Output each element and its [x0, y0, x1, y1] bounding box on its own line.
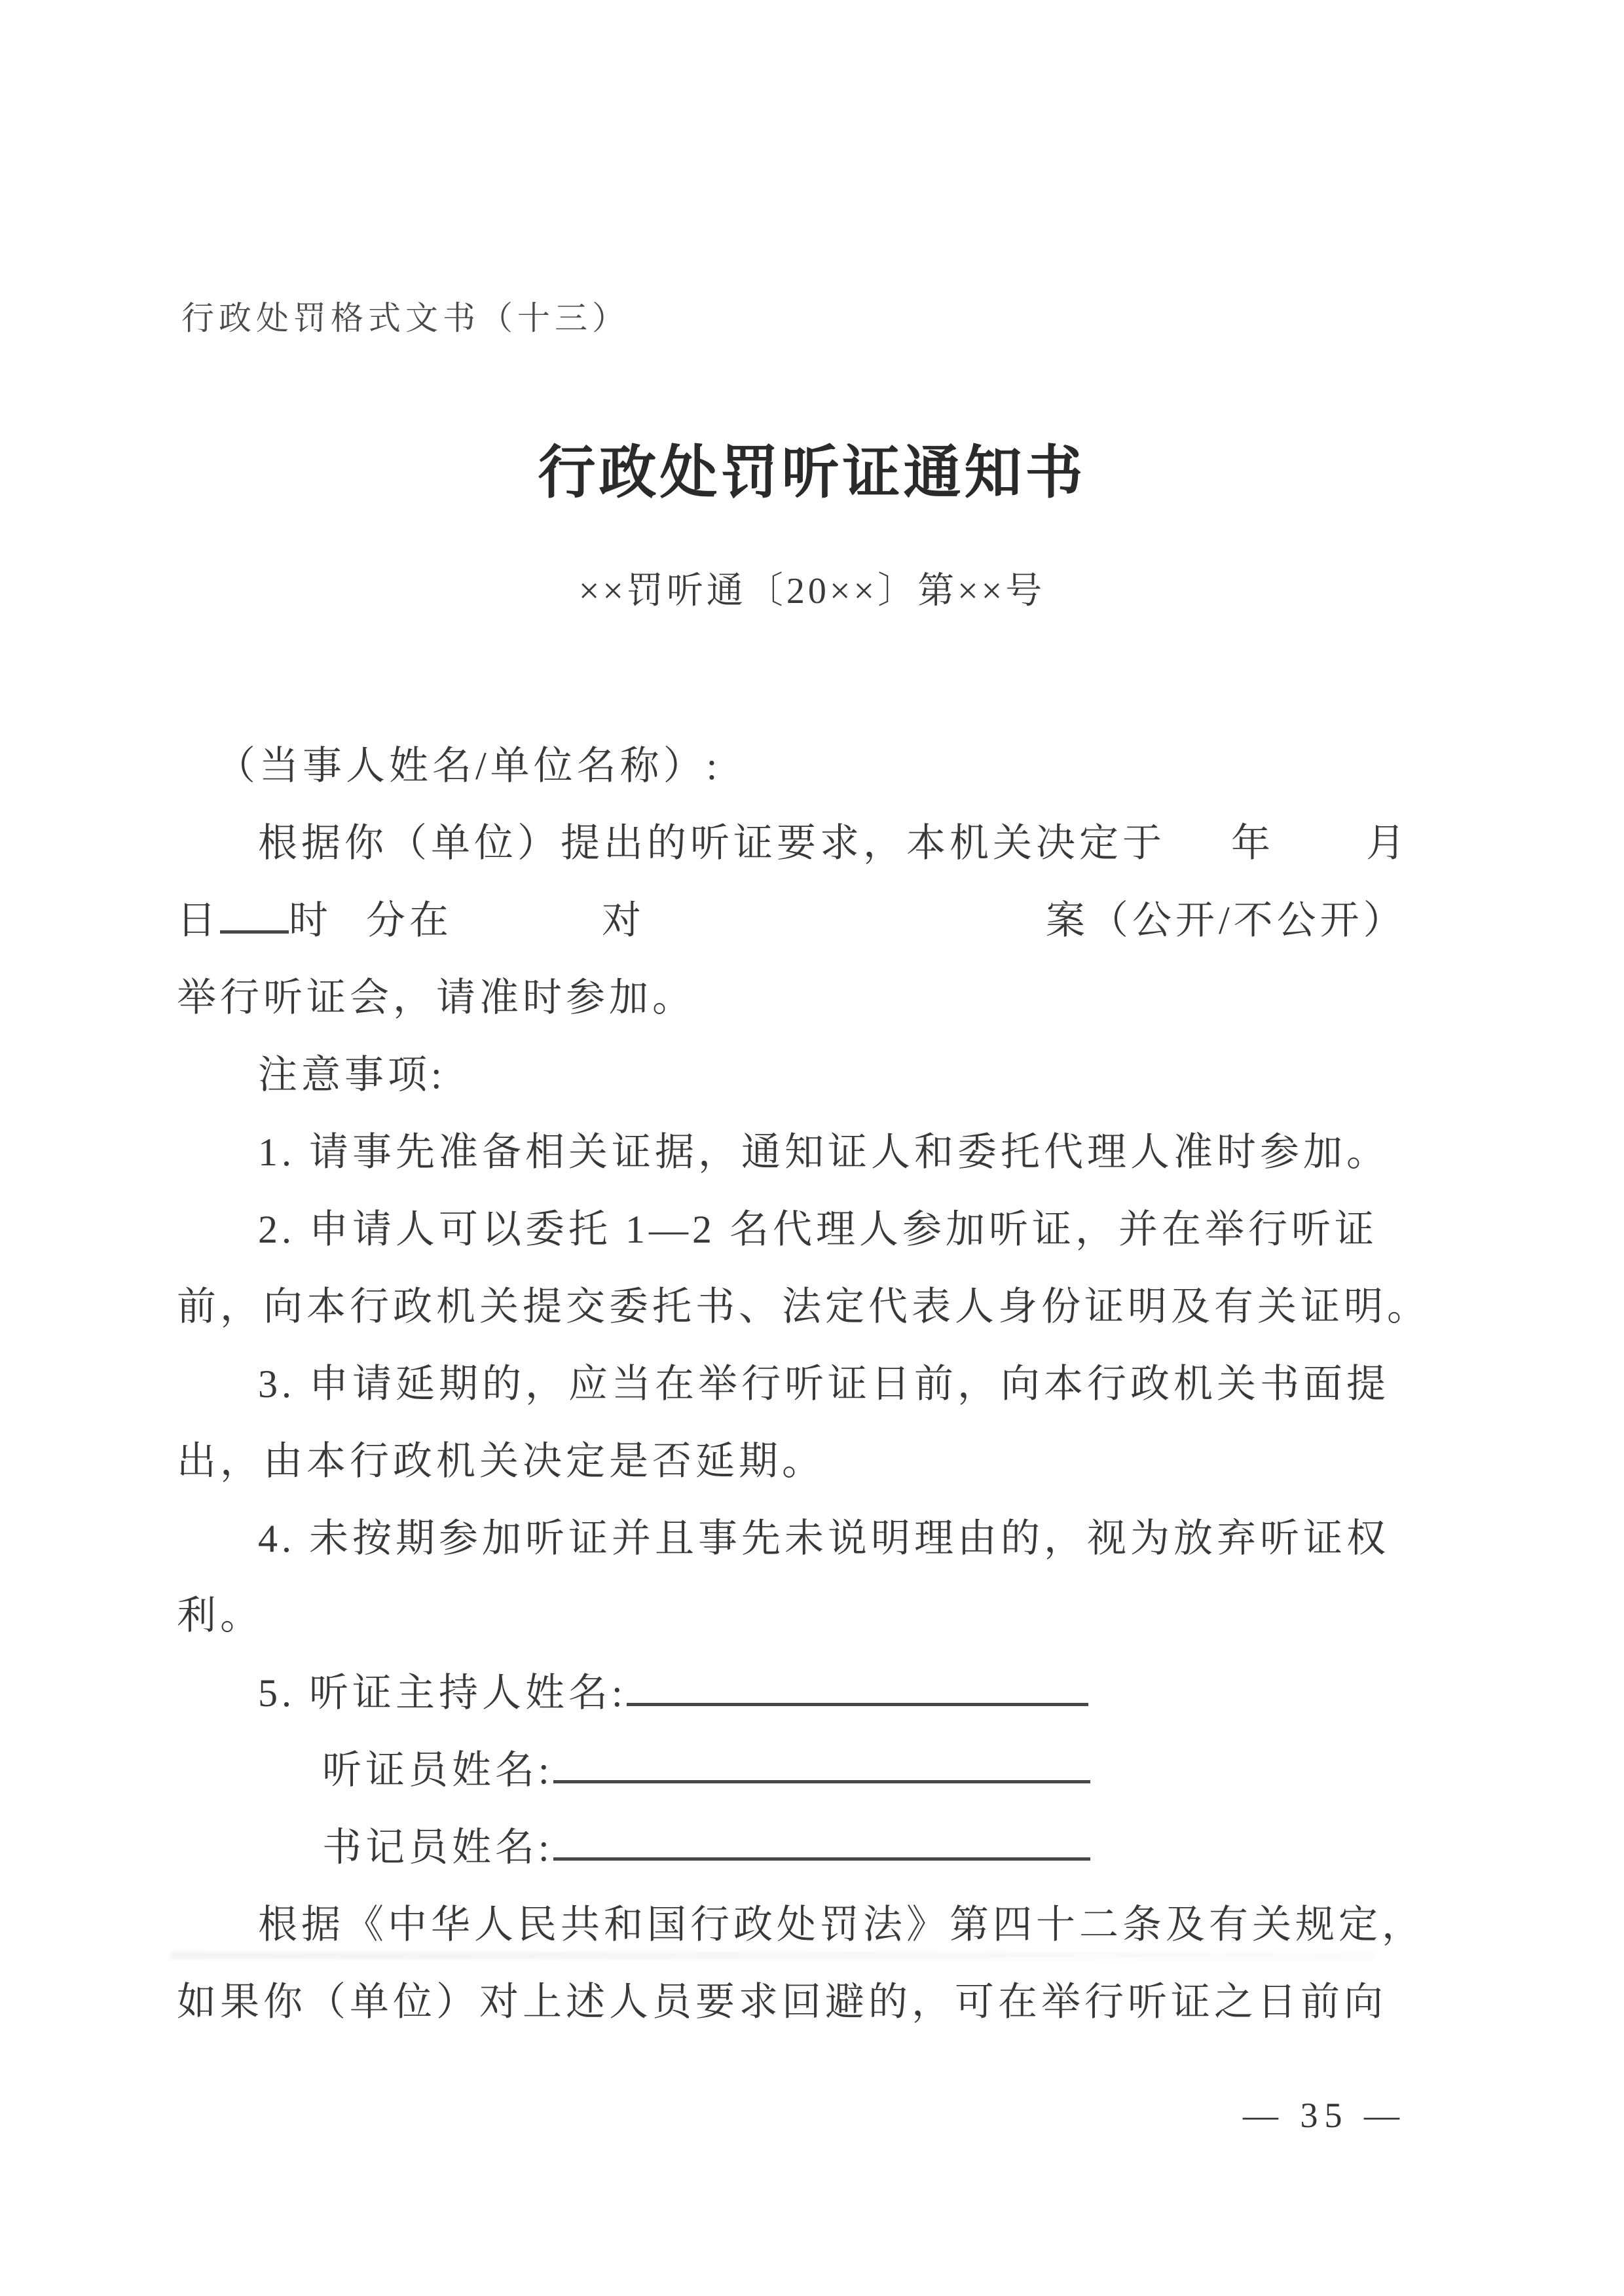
case-publicity-label: 案（公开/不公开） — [1046, 899, 1407, 942]
recusal-line-2: 如果你（单位）对上述人员要求回避的，可在举行听证之日前向 — [177, 1980, 1460, 2025]
note-3-text-2: 出，由本行政机关决定是否延期。 — [177, 1440, 825, 1483]
hour-label: 时 — [289, 899, 332, 942]
presider-name-blank-underline — [627, 1694, 1088, 1706]
note-4-text-1: 4. 未按期参加听证并且事先未说明理由的，视为放弃听证权 — [258, 1517, 1390, 1560]
datetime-place-line: 日时分在对案（公开/不公开） — [177, 898, 1460, 943]
clerk-blank-underline — [553, 1848, 1090, 1861]
document-number: ××罚听通〔20××〕第××号 — [0, 562, 1624, 614]
hearing-officer-blank-underline — [553, 1771, 1090, 1783]
hearing-decision-text: 根据你（单位）提出的听证要求，本机关决定于 — [258, 822, 1166, 865]
clerk-name-label: 书记员姓名: — [322, 1826, 553, 1869]
attend-line: 举行听证会，请准时参加。 — [177, 975, 1460, 1021]
addressee-label: （当事人姓名/单位名称）: — [216, 744, 721, 788]
attend-text: 举行听证会，请准时参加。 — [177, 976, 695, 1019]
note-item-3-line-1: 3. 申请延期的，应当在举行听证日前，向本行政机关书面提 — [177, 1362, 1460, 1407]
note-item-4-line-2: 利。 — [177, 1594, 1460, 1639]
month-label: 月 — [1366, 822, 1409, 865]
year-label: 年 — [1231, 822, 1274, 865]
addressee-line: （当事人姓名/单位名称）: — [177, 744, 1460, 789]
scan-artifact — [170, 1952, 1375, 1959]
note-item-2-line-1: 2. 申请人可以委托 1—2 名代理人参加听证，并在举行听证 — [177, 1207, 1460, 1252]
page-number: — 35 — — [1243, 2095, 1406, 2136]
recusal-text-2: 如果你（单位）对上述人员要求回避的，可在举行听证之日前向 — [177, 1980, 1387, 2024]
document-page: 行政处罚格式文书（十三） 行政处罚听证通知书 ××罚听通〔20××〕第××号 （… — [0, 0, 1624, 2296]
notes-heading: 注意事项: — [177, 1053, 1460, 1098]
note-item-5-presider-line: 5. 听证主持人姓名: — [177, 1671, 1460, 1716]
hearing-officer-line: 听证员姓名: — [177, 1748, 1460, 1793]
note-2-text-2: 前，向本行政机关提交委托书、法定代表人身份证明及有关证明。 — [177, 1285, 1430, 1328]
hearing-decision-line: 根据你（单位）提出的听证要求，本机关决定于年月 — [177, 821, 1460, 866]
document-title: 行政处罚听证通知书 — [0, 427, 1624, 509]
document-category-header: 行政处罚格式文书（十三） — [181, 292, 629, 339]
clerk-line: 书记员姓名: — [177, 1825, 1460, 1870]
recusal-text-1: 根据《中华人民共和国行政处罚法》第四十二条及有关规定， — [258, 1903, 1425, 1946]
note-1-text: 1. 请事先准备相关证据，通知证人和委托代理人准时参加。 — [258, 1131, 1390, 1174]
note-item-1: 1. 请事先准备相关证据，通知证人和委托代理人准时参加。 — [177, 1130, 1460, 1175]
minute-at-label: 分在 — [366, 899, 452, 942]
dui-label: 对 — [602, 899, 645, 942]
note-item-3-line-2: 出，由本行政机关决定是否延期。 — [177, 1439, 1460, 1484]
note-item-2-line-2: 前，向本行政机关提交委托书、法定代表人身份证明及有关证明。 — [177, 1285, 1460, 1330]
recusal-line-1: 根据《中华人民共和国行政处罚法》第四十二条及有关规定， — [177, 1903, 1460, 1948]
notes-heading-label: 注意事项: — [258, 1053, 446, 1097]
note-item-4-line-1: 4. 未按期参加听证并且事先未说明理由的，视为放弃听证权 — [177, 1516, 1460, 1561]
note-3-text-1: 3. 申请延期的，应当在举行听证日前，向本行政机关书面提 — [258, 1362, 1390, 1406]
hearing-officer-name-label: 听证员姓名: — [322, 1749, 553, 1792]
note-2-text-1: 2. 申请人可以委托 1—2 名代理人参加听证，并在举行听证 — [258, 1208, 1378, 1251]
day-blank-underline — [220, 921, 289, 934]
day-label: 日 — [177, 899, 220, 942]
presider-name-label: 5. 听证主持人姓名: — [258, 1671, 627, 1715]
note-4-text-2: 利。 — [177, 1594, 263, 1637]
